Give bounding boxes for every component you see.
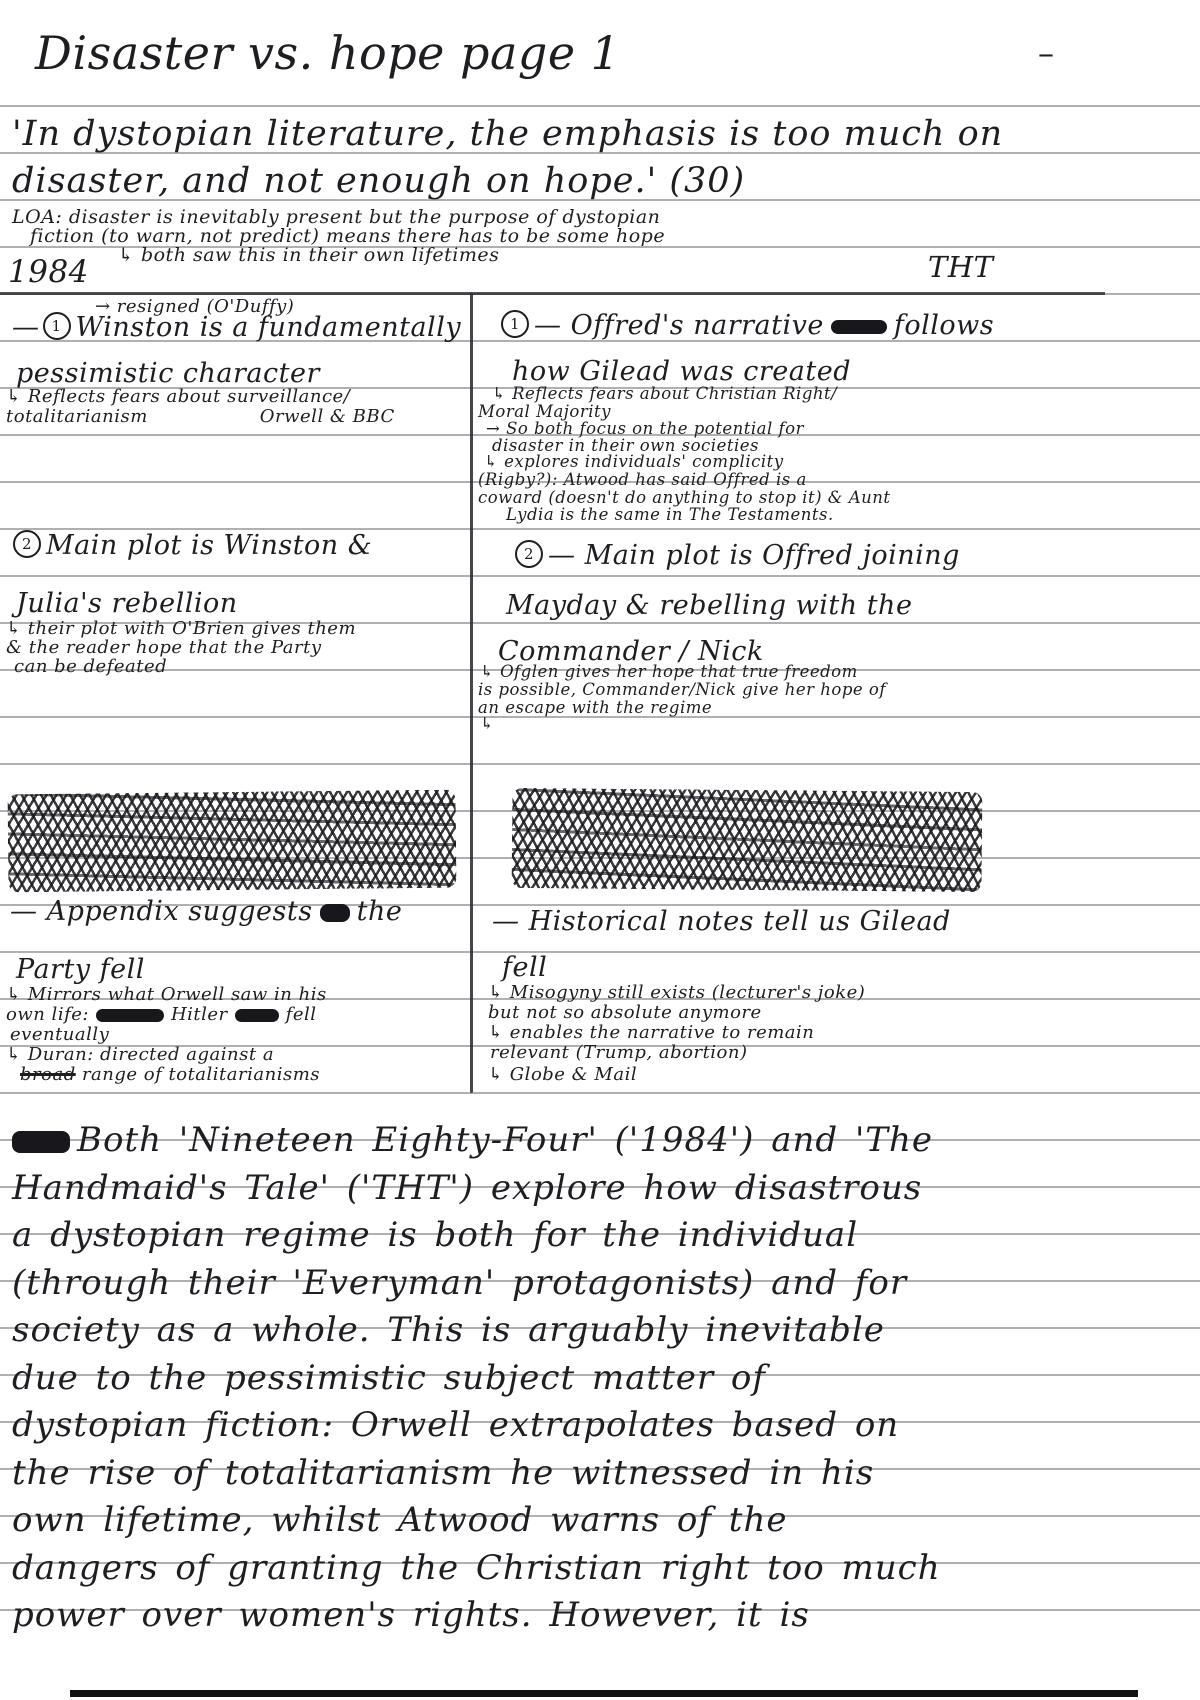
essay-line: (through their 'Everyman' protagonists) … [12, 1263, 941, 1311]
left-point2-sub-2: & the reader hope that the Party [6, 637, 322, 658]
left-point2-sub-1: ↳ their plot with O'Brien gives them [6, 618, 356, 639]
right-point3-sub-1: ↳ Misogyny still exists (lecturer's joke… [488, 982, 865, 1003]
right-point1-heading-1: 1— Offred's narrativefollows [498, 310, 994, 341]
right-point3-sub-3: ↳ enables the narrative to remain [488, 1022, 814, 1043]
essay-line: own lifetime, whilst Atwood warns of the [12, 1500, 941, 1548]
right-point1-sub-6: (Rigby?): Atwood has said Offred is a [478, 470, 807, 489]
circled-number-1-icon: 1 [43, 312, 71, 340]
essay-line: a dystopian regime is both for the indiv… [12, 1215, 941, 1263]
circled-number-2-icon: 2 [13, 530, 41, 558]
ink-blot [320, 904, 350, 922]
left-point3-sub-4: ↳ Duran: directed against a [6, 1044, 274, 1065]
right-point1-heading-1a: — Offred's narrative [534, 310, 824, 341]
bottom-scan-edge [70, 1690, 1138, 1697]
corner-dash: – [1038, 34, 1055, 72]
struck-word: broad [20, 1064, 76, 1085]
left-point3-heading-1b: the [357, 896, 403, 927]
left-point3-sub-5: broad range of totalitarianisms [20, 1064, 320, 1085]
ink-blot [96, 1009, 164, 1022]
essay-line: society as a whole. This is arguably ine… [12, 1310, 941, 1358]
left-point3-sub-2a: own life: [6, 1004, 89, 1025]
ink-blot [235, 1009, 279, 1022]
quote-line-2: disaster, and not enough on hope.' (30) [12, 161, 745, 201]
loa-note-line-3: ↳ both saw this in their own lifetimes [118, 244, 499, 266]
left-point1-sub-2a: totalitarianism [6, 406, 148, 427]
left-point2-heading-1: 2Main plot is Winston & [10, 530, 372, 561]
right-point2-heading-1: 2— Main plot is Offred joining [512, 540, 960, 571]
right-point1-heading-2: how Gilead was created [512, 356, 851, 387]
essay-line: Both 'Nineteen Eighty-Four' ('1984') and… [12, 1120, 941, 1168]
left-point3-heading-1a: — Appendix suggests [10, 896, 313, 927]
left-point1-heading-1: —1Winston is a fundamentally [12, 312, 461, 343]
right-point2-heading-2: Mayday & rebelling with the [506, 590, 912, 621]
left-point3-heading-2: Party fell [16, 954, 145, 985]
essay-line: Handmaid's Tale' ('THT') explore how dis… [12, 1168, 941, 1216]
left-point3-sub-1: ↳ Mirrors what Orwell saw in his [6, 984, 327, 1005]
left-point1-sub-1: ↳ Reflects fears about surveillance/ [6, 386, 350, 407]
left-point1-heading-text: Winston is a fundamentally [76, 312, 462, 343]
ink-blot [831, 320, 887, 334]
notebook-page: Disaster vs. hope page 1 – 'In dystopian… [0, 0, 1200, 1700]
left-point3-sub-3: eventually [10, 1024, 109, 1045]
left-point1-sub-2b: Orwell & BBC [260, 406, 395, 427]
essay-line: dangers of granting the Christian right … [12, 1548, 941, 1596]
right-point3-heading-2: fell [502, 952, 547, 983]
right-point3-sub-4: relevant (Trump, abortion) [490, 1042, 748, 1063]
right-point1-heading-1b: follows [894, 310, 994, 341]
circled-number-1-icon: 1 [501, 310, 529, 338]
column-divider [470, 293, 473, 1093]
column-header-tht: THT [928, 250, 993, 284]
right-point1-sub-1: ↳ Reflects fears about Christian Right/ [492, 384, 837, 403]
left-point1-sub-2: totalitarianismOrwell & BBC [6, 406, 395, 427]
scribbled-word-blot [12, 1131, 70, 1153]
essay-line-text: Both 'Nineteen Eighty-Four' ('1984') and… [77, 1120, 933, 1160]
right-point2-sub-1: ↳ Ofglen gives her hope that true freedo… [480, 662, 858, 681]
essay-line: due to the pessimistic subject matter of [12, 1358, 941, 1406]
circled-number-2-icon: 2 [515, 540, 543, 568]
left-point3-sub-2c: fell [286, 1004, 317, 1025]
essay-paragraph: Both 'Nineteen Eighty-Four' ('1984') and… [12, 1120, 941, 1643]
right-point1-sub-8: Lydia is the same in The Testaments. [506, 505, 834, 524]
right-point2-sub-2: is possible, Commander/Nick give her hop… [478, 680, 886, 699]
essay-line: power over women's rights. However, it i… [12, 1595, 941, 1643]
column-header-1984: 1984 [8, 254, 89, 290]
right-point1-sub-5: ↳ explores individuals' complicity [484, 452, 784, 471]
right-point2-sub-4: ↳ [480, 714, 494, 733]
right-point3-sub-5: ↳ Globe & Mail [488, 1064, 637, 1085]
scribbled-out-text-block [7, 790, 456, 893]
left-point3-sub-2b: Hitler [171, 1004, 228, 1025]
right-point3-sub-2: but not so absolute anymore [488, 1002, 762, 1023]
left-point3-heading-1: — Appendix suggeststhe [10, 896, 402, 927]
left-point1-dash: — [12, 312, 40, 343]
left-point2-heading-text: Main plot is Winston & [46, 530, 372, 561]
left-point3-sub-5-text: range of totalitarianisms [82, 1064, 320, 1085]
right-point3-heading-1: — Historical notes tell us Gilead [492, 906, 951, 937]
header-underline-rule [0, 292, 1105, 295]
right-point2-sub-3: an escape with the regime [478, 698, 712, 717]
essay-line: the rise of totalitarianism he witnessed… [12, 1453, 941, 1501]
left-point2-heading-2: Julia's rebellion [16, 588, 238, 619]
left-point3-sub-2: own life:Hitlerfell [6, 1004, 316, 1025]
page-title: Disaster vs. hope page 1 [35, 26, 620, 80]
scribbled-out-text-block [512, 788, 983, 892]
left-point1-heading-2: pessimistic character [16, 358, 320, 389]
quote-line-1: 'In dystopian literature, the emphasis i… [12, 114, 1003, 154]
right-point2-heading-text: — Main plot is Offred joining [548, 540, 960, 571]
left-point2-sub-3: can be defeated [14, 656, 167, 677]
essay-line: dystopian fiction: Orwell extrapolates b… [12, 1405, 941, 1453]
